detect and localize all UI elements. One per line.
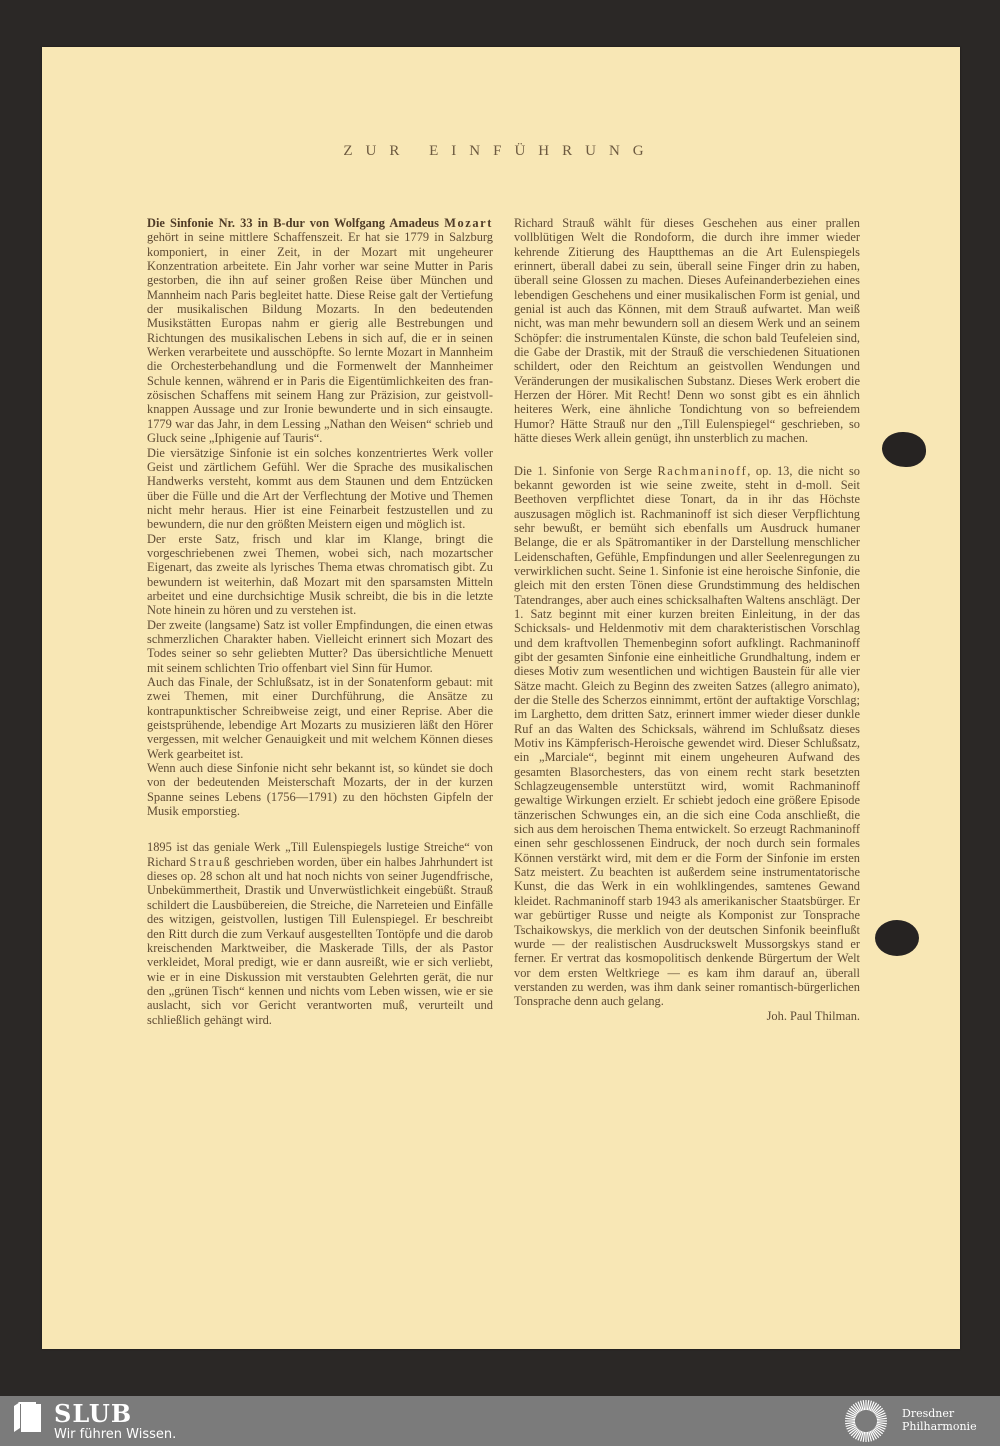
page-heading: ZUR EINFÜHRUNG: [0, 143, 1000, 160]
slub-tagline: Wir führen Wissen.: [54, 1427, 176, 1442]
dresdner-philharmonie-sunburst-icon[interactable]: [843, 1398, 889, 1444]
punch-hole-top: [882, 432, 926, 467]
slub-book-icon[interactable]: [14, 1402, 41, 1432]
mozart-paragraph-5: Auch das Finale, der Schlußsatz, ist in …: [147, 675, 493, 761]
author-signature: Joh. Paul Thilman.: [514, 1009, 860, 1023]
dresdner-philharmonie-wordmark[interactable]: Dresdner Philharmonie: [902, 1407, 977, 1433]
mozart-lead: Die Sinfonie Nr. 33 in B-dur von Wolfgan…: [147, 216, 439, 230]
strauss-paragraph-2: Richard Strauß wählt für dieses Geschehe…: [514, 216, 860, 446]
mozart-paragraph-4: Der zweite (langsame) Satz ist voller Em…: [147, 618, 493, 675]
rachmaninoff-paragraph: Die 1. Sinfonie von Serge Rachmaninoff, …: [514, 464, 860, 1023]
composer-name-rachmaninoff: Rachmaninoff: [657, 464, 747, 478]
mozart-paragraph-1: Die Sinfonie Nr. 33 in B-dur von Wolfgan…: [147, 216, 493, 446]
footer-bar: SLUB Wir führen Wissen. Dresdner Philhar…: [0, 1396, 1000, 1446]
composer-name-strauss: Strauß: [190, 855, 232, 869]
composer-name-mozart: Mozart: [444, 216, 493, 230]
left-column: Die Sinfonie Nr. 33 in B-dur von Wolfgan…: [147, 216, 493, 1027]
slub-title[interactable]: SLUB: [54, 1399, 132, 1428]
mozart-paragraph-3: Der erste Satz, frisch und klar im Klang…: [147, 532, 493, 618]
mozart-paragraph-6: Wenn auch diese Sinfonie nicht sehr beka…: [147, 761, 493, 818]
mozart-paragraph-2: Die viersätzige Sinfonie ist ein solches…: [147, 446, 493, 532]
right-column: Richard Strauß wählt für dieses Geschehe…: [514, 216, 860, 1023]
strauss-paragraph-1: 1895 ist das geniale Werk „Till Eulenspi…: [147, 840, 493, 1026]
punch-hole-bottom: [875, 920, 919, 956]
